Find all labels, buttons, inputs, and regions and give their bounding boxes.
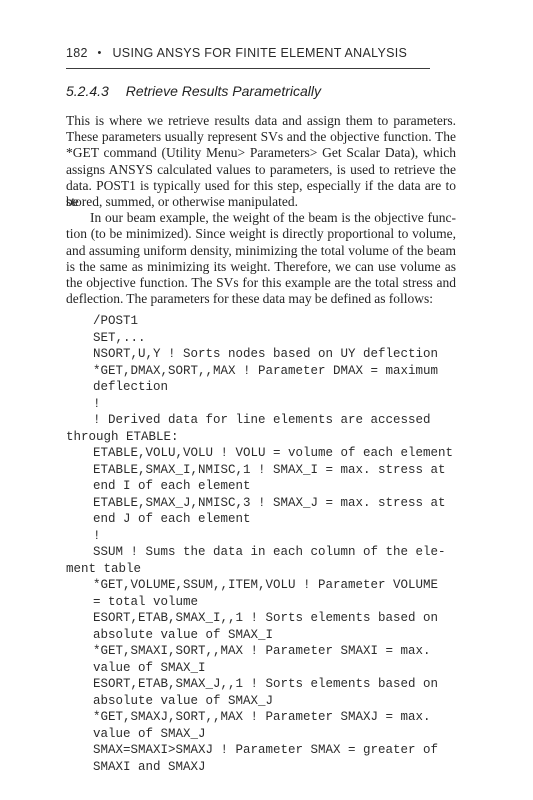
code-line: /POST1 bbox=[66, 313, 456, 330]
code-line: value of SMAX_I bbox=[66, 660, 456, 677]
paragraph-1: This is where we retrieve results data a… bbox=[66, 113, 456, 210]
code-block: /POST1SET,...NSORT,U,Y ! Sorts nodes bas… bbox=[66, 313, 456, 775]
code-line: ! bbox=[66, 528, 456, 545]
code-line: SET,... bbox=[66, 330, 456, 347]
code-line: absolute value of SMAX_J bbox=[66, 693, 456, 710]
code-line: ! Derived data for line elements are acc… bbox=[66, 412, 456, 429]
section-title: Retrieve Results Parametrically bbox=[126, 83, 321, 99]
code-line: *GET,SMAXJ,SORT,,MAX ! Parameter SMAXJ =… bbox=[66, 709, 456, 726]
bullet-separator-icon: • bbox=[98, 47, 102, 59]
text-line: and assuming uniform density, minimizing… bbox=[66, 243, 456, 259]
code-line: ESORT,ETAB,SMAX_J,,1 ! Sorts elements ba… bbox=[66, 676, 456, 693]
header-rule bbox=[66, 68, 430, 69]
running-title: USING ANSYS FOR FINITE ELEMENT ANALYSIS bbox=[112, 46, 407, 60]
text-line: *GET command (Utility Menu> Parameters> … bbox=[66, 145, 456, 161]
code-line: = total volume bbox=[66, 594, 456, 611]
code-line: ETABLE,SMAX_J,NMISC,3 ! SMAX_J = max. st… bbox=[66, 495, 456, 512]
code-line: end I of each element bbox=[66, 478, 456, 495]
text-line: data. POST1 is typically used for this s… bbox=[66, 178, 456, 194]
code-line: NSORT,U,Y ! Sorts nodes based on UY defl… bbox=[66, 346, 456, 363]
text-line: This is where we retrieve results data a… bbox=[66, 113, 456, 129]
code-line: absolute value of SMAX_I bbox=[66, 627, 456, 644]
page-number: 182 bbox=[66, 46, 88, 60]
text-line: is the same as minimizing its weight. Th… bbox=[66, 259, 456, 275]
code-line: *GET,DMAX,SORT,,MAX ! Parameter DMAX = m… bbox=[66, 363, 456, 380]
book-page: 182 • USING ANSYS FOR FINITE ELEMENT ANA… bbox=[0, 0, 533, 800]
code-line: ETABLE,SMAX_I,NMISC,1 ! SMAX_I = max. st… bbox=[66, 462, 456, 479]
code-line: *GET,VOLUME,SSUM,,ITEM,VOLU ! Parameter … bbox=[66, 577, 456, 594]
section-number: 5.2.4.3 bbox=[66, 84, 109, 99]
page-header: 182 • USING ANSYS FOR FINITE ELEMENT ANA… bbox=[66, 46, 456, 61]
text-line: stored, summed, or otherwise manipulated… bbox=[66, 194, 456, 210]
code-line: end J of each element bbox=[66, 511, 456, 528]
body-text: This is where we retrieve results data a… bbox=[66, 113, 456, 307]
section-heading: 5.2.4.3 Retrieve Results Parametrically bbox=[66, 84, 456, 99]
text-line: the objective function. The SVs for this… bbox=[66, 275, 456, 291]
code-line: value of SMAX_J bbox=[66, 726, 456, 743]
text-line: These parameters usually represent SVs a… bbox=[66, 129, 456, 145]
code-line: ! bbox=[66, 396, 456, 413]
paragraph-2: In our beam example, the weight of the b… bbox=[66, 210, 456, 307]
code-line: SMAXI and SMAXJ bbox=[66, 759, 456, 776]
code-line: ESORT,ETAB,SMAX_I,,1 ! Sorts elements ba… bbox=[66, 610, 456, 627]
text-line: In our beam example, the weight of the b… bbox=[66, 210, 456, 226]
code-line: through ETABLE: bbox=[66, 429, 456, 446]
code-line: SSUM ! Sums the data in each column of t… bbox=[66, 544, 456, 561]
text-line: assigns ANSYS calculated values to param… bbox=[66, 162, 456, 178]
text-line: deflection. The parameters for these dat… bbox=[66, 291, 456, 307]
code-line: ment table bbox=[66, 561, 456, 578]
code-line: ETABLE,VOLU,VOLU ! VOLU = volume of each… bbox=[66, 445, 456, 462]
code-line: *GET,SMAXI,SORT,,MAX ! Parameter SMAXI =… bbox=[66, 643, 456, 660]
code-line: SMAX=SMAXI>SMAXJ ! Parameter SMAX = grea… bbox=[66, 742, 456, 759]
code-line: deflection bbox=[66, 379, 456, 396]
text-line: tion (to be minimized). Since weight is … bbox=[66, 226, 456, 242]
